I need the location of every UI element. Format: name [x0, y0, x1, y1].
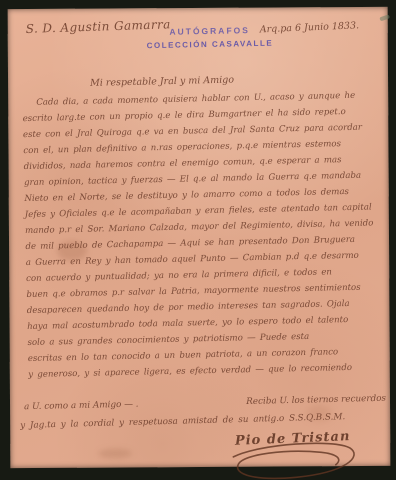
paper-stain [98, 448, 132, 458]
signature: Pio de Tristan [217, 424, 369, 480]
closing-right: Reciba U. los tiernos recuerdos [246, 394, 386, 407]
salutation: Mi respetable Jral y mi Amigo [90, 75, 234, 89]
pencil-mark [379, 14, 390, 21]
stamp-line-2: COLECCIÓN CASAVALLE [140, 39, 280, 51]
closing-left: a U. como a mi Amigo — . [24, 400, 139, 413]
letter-paper: S. D. Agustin Gamarra Arq.pa 6 Junio 183… [8, 7, 391, 468]
collection-stamp: AUTÓGRAFOS COLECCIÓN CASAVALLE [140, 25, 280, 51]
letter-body: Cada dia, a cada momento quisiera hablar… [22, 87, 390, 383]
closing-row: a U. como a mi Amigo — . Reciba U. los t… [24, 394, 386, 413]
photo-background: S. D. Agustin Gamarra Arq.pa 6 Junio 183… [0, 0, 396, 480]
stamp-line-1: AUTÓGRAFOS [140, 25, 280, 38]
